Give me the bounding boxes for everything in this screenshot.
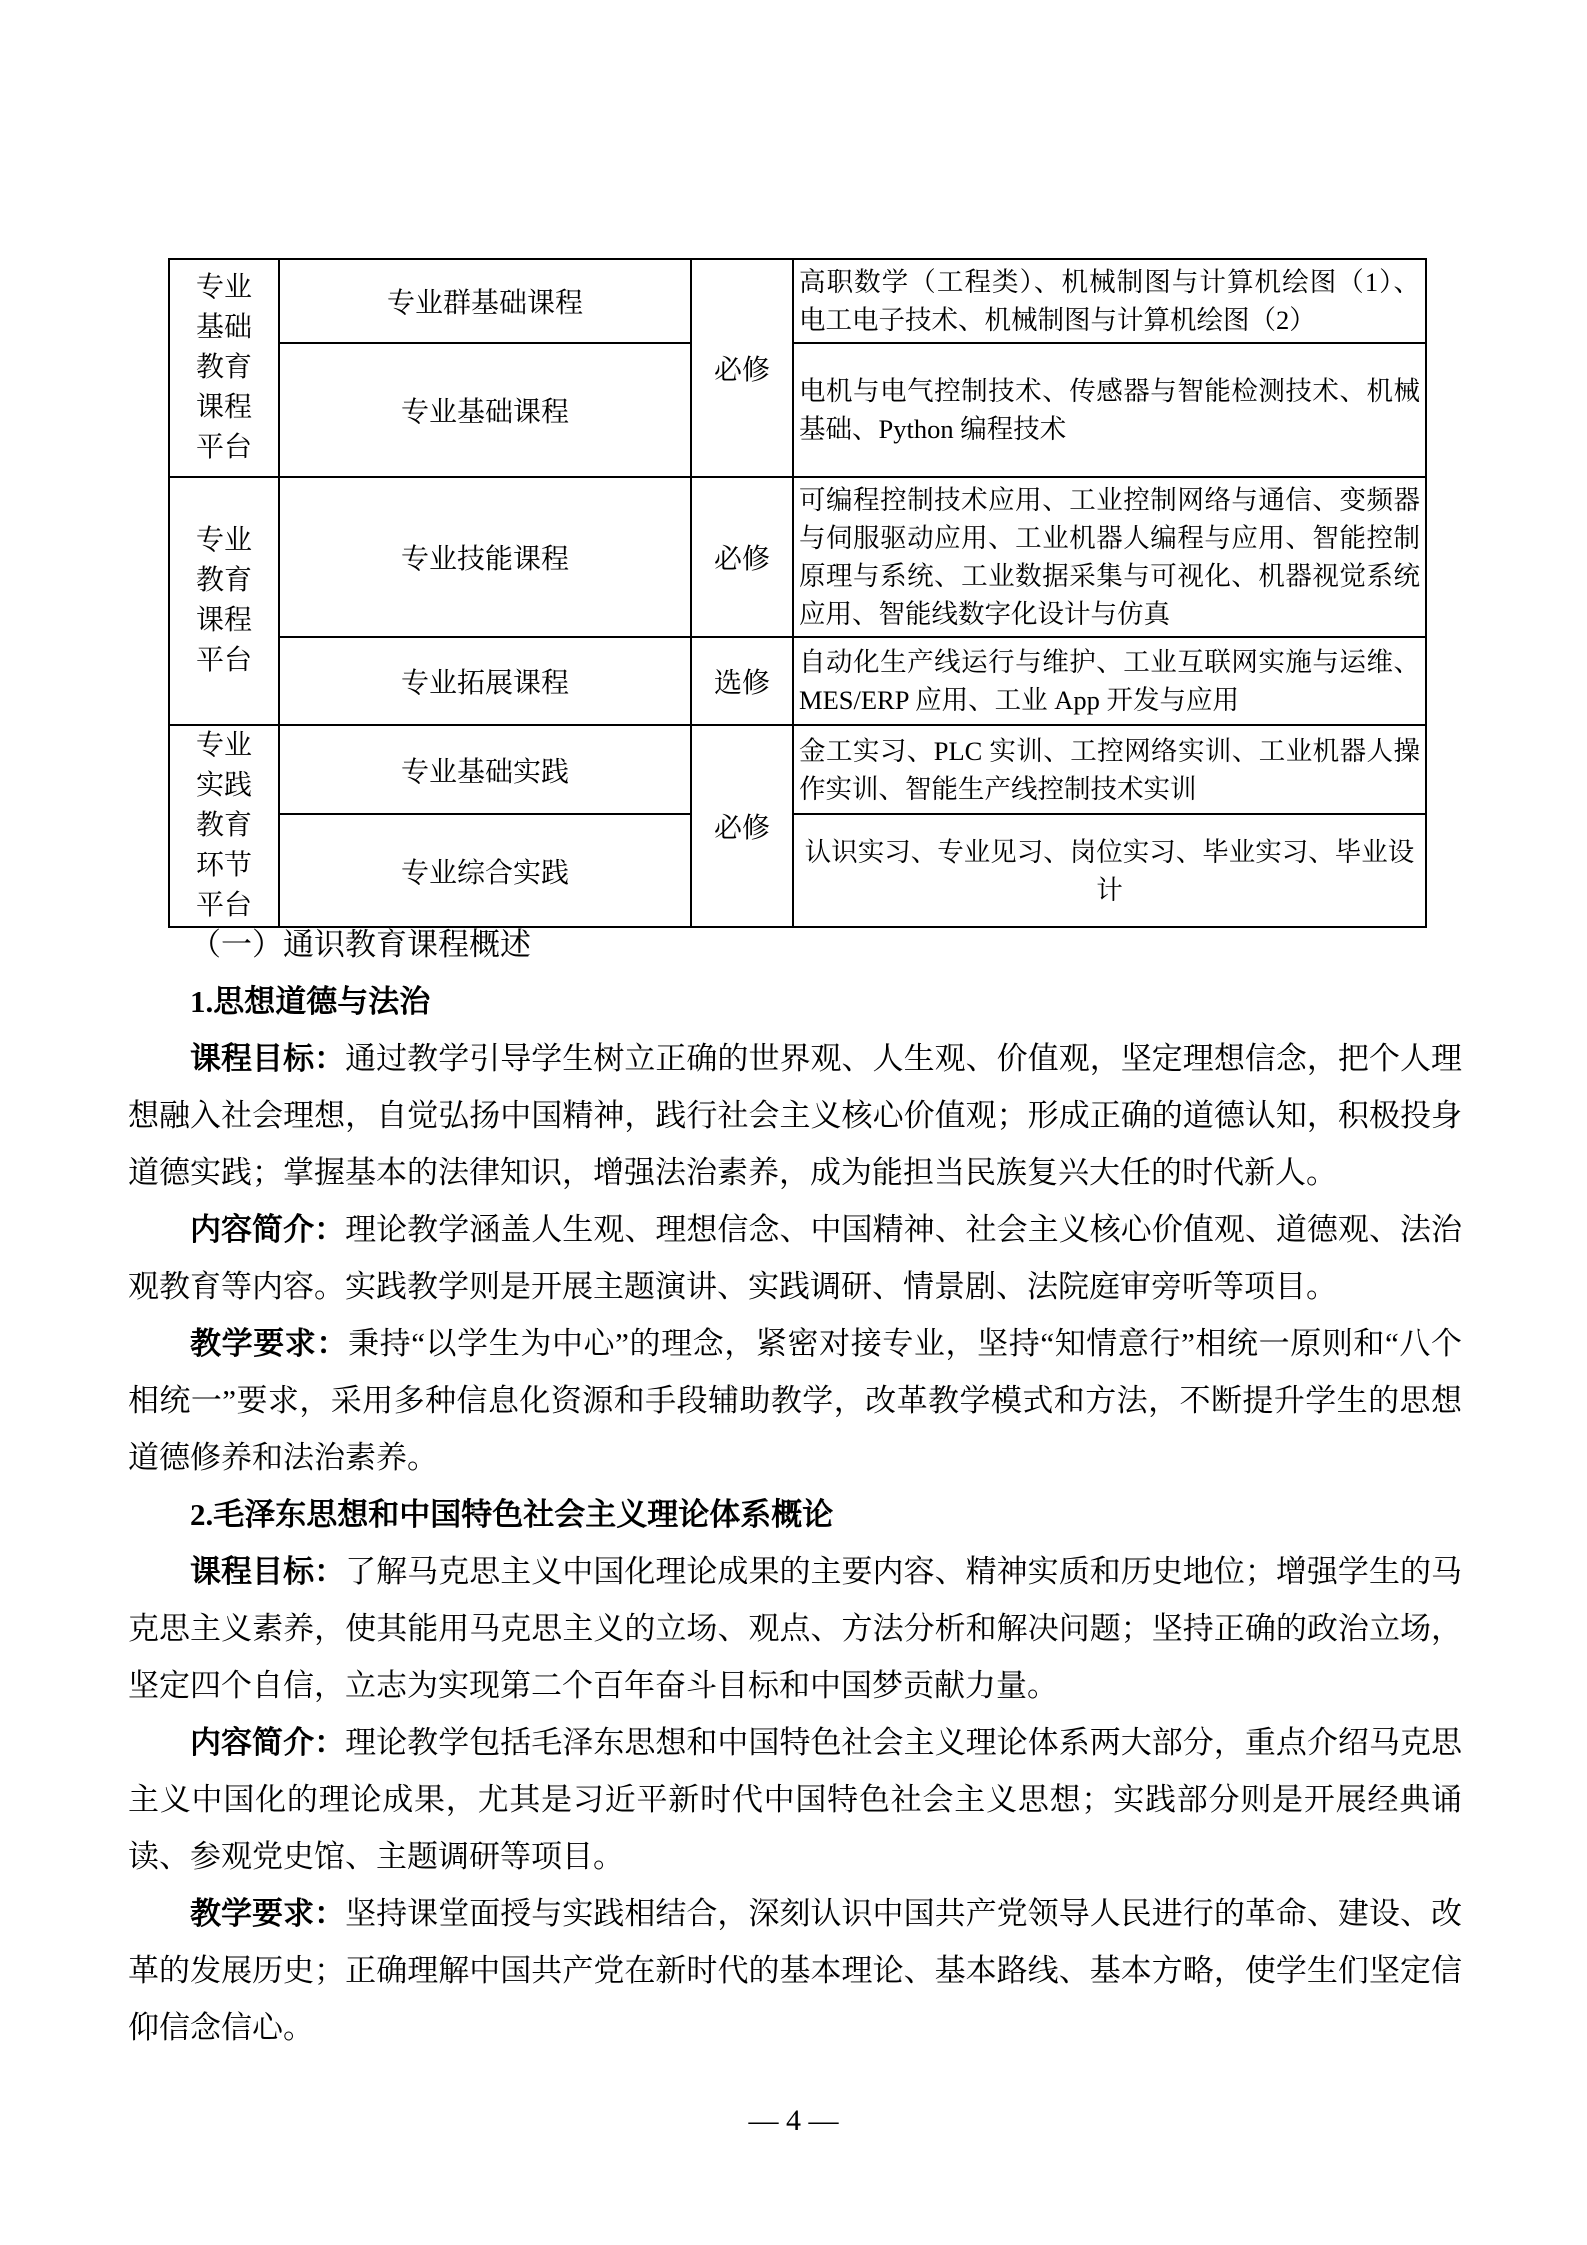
courses-cell: 高职数学（工程类）、机械制图与计算机绘图（1）、电工电子技术、机械制图与计算机绘… (793, 259, 1426, 343)
category-cell: 专业技能课程 (279, 477, 691, 637)
course-type-cell: 选修 (691, 637, 793, 725)
platform-cell: 专业 教育 课程 平台 (169, 477, 279, 725)
course-type-cell: 必修 (691, 725, 793, 927)
category-cell: 专业群基础课程 (279, 259, 691, 343)
section-heading: （一）通识教育课程概述 (128, 916, 1462, 973)
table-row: 专业拓展课程 选修 自动化生产线运行与维护、工业互联网实施与运维、MES/ERP… (169, 637, 1426, 725)
page-footer: — 4 — (0, 2103, 1587, 2139)
paragraph-course1-summary: 内容简介：理论教学涵盖人生观、理想信念、中国精神、社会主义核心价值观、道德观、法… (128, 1201, 1462, 1315)
course-type-cell: 必修 (691, 477, 793, 637)
course-title-2: 2.毛泽东思想和中国特色社会主义理论体系概论 (128, 1486, 1462, 1543)
courses-cell: 自动化生产线运行与维护、工业互联网实施与运维、MES/ERP 应用、工业 App… (793, 637, 1426, 725)
table-row: 专业 基础 教育 课程 平台 专业群基础课程 必修 高职数学（工程类）、机械制图… (169, 259, 1426, 343)
table-row: 专业 教育 课程 平台 专业技能课程 必修 可编程控制技术应用、工业控制网络与通… (169, 477, 1426, 637)
paragraph-label: 教学要求： (190, 1326, 348, 1361)
courses-cell: 电机与电气控制技术、传感器与智能检测技术、机械基础、Python 编程技术 (793, 343, 1426, 477)
course-type-cell: 必修 (691, 259, 793, 477)
paragraph-label: 内容简介： (190, 1212, 345, 1247)
category-cell: 专业综合实践 (279, 814, 691, 927)
courses-cell: 认识实习、专业见习、岗位实习、毕业实习、毕业设计 (793, 814, 1426, 927)
course-title-1: 1.思想道德与法治 (128, 973, 1462, 1030)
category-cell: 专业基础实践 (279, 725, 691, 814)
paragraph-course2-requirements: 教学要求：坚持课堂面授与实践相结合，深刻认识中国共产党领导人民进行的革命、建设、… (128, 1885, 1462, 2056)
paragraph-course2-objectives: 课程目标：了解马克思主义中国化理论成果的主要内容、精神实质和历史地位；增强学生的… (128, 1543, 1462, 1714)
paragraph-course2-summary: 内容简介：理论教学包括毛泽东思想和中国特色社会主义理论体系两大部分，重点介绍马克… (128, 1714, 1462, 1885)
table-row: 专业综合实践 认识实习、专业见习、岗位实习、毕业实习、毕业设计 (169, 814, 1426, 927)
platform-cell: 专业 基础 教育 课程 平台 (169, 259, 279, 477)
category-cell: 专业基础课程 (279, 343, 691, 477)
platform-cell: 专业 实践 教育 环节 平台 (169, 725, 279, 927)
course-descriptions: （一）通识教育课程概述 1.思想道德与法治 课程目标：通过教学引导学生树立正确的… (128, 916, 1462, 2056)
page-number: — 4 — (749, 2104, 839, 2137)
paragraph-course1-requirements: 教学要求：秉持“以学生为中心”的理念，紧密对接专业，坚持“知情意行”相统一原则和… (128, 1315, 1462, 1486)
category-cell: 专业拓展课程 (279, 637, 691, 725)
paragraph-label: 教学要求： (190, 1896, 345, 1931)
paragraph-course1-objectives: 课程目标：通过教学引导学生树立正确的世界观、人生观、价值观，坚定理想信念，把个人… (128, 1030, 1462, 1201)
paragraph-label: 课程目标： (190, 1041, 345, 1076)
courses-cell: 金工实习、PLC 实训、工控网络实训、工业机器人操作实训、智能生产线控制技术实训 (793, 725, 1426, 814)
curriculum-table: 专业 基础 教育 课程 平台 专业群基础课程 必修 高职数学（工程类）、机械制图… (168, 258, 1427, 928)
courses-cell: 可编程控制技术应用、工业控制网络与通信、变频器与伺服驱动应用、工业机器人编程与应… (793, 477, 1426, 637)
table-row: 专业基础课程 电机与电气控制技术、传感器与智能检测技术、机械基础、Python … (169, 343, 1426, 477)
paragraph-label: 课程目标： (190, 1554, 345, 1589)
document-page: 专业 基础 教育 课程 平台 专业群基础课程 必修 高职数学（工程类）、机械制图… (0, 0, 1587, 2245)
table-row: 专业 实践 教育 环节 平台 专业基础实践 必修 金工实习、PLC 实训、工控网… (169, 725, 1426, 814)
paragraph-label: 内容简介： (190, 1725, 345, 1760)
